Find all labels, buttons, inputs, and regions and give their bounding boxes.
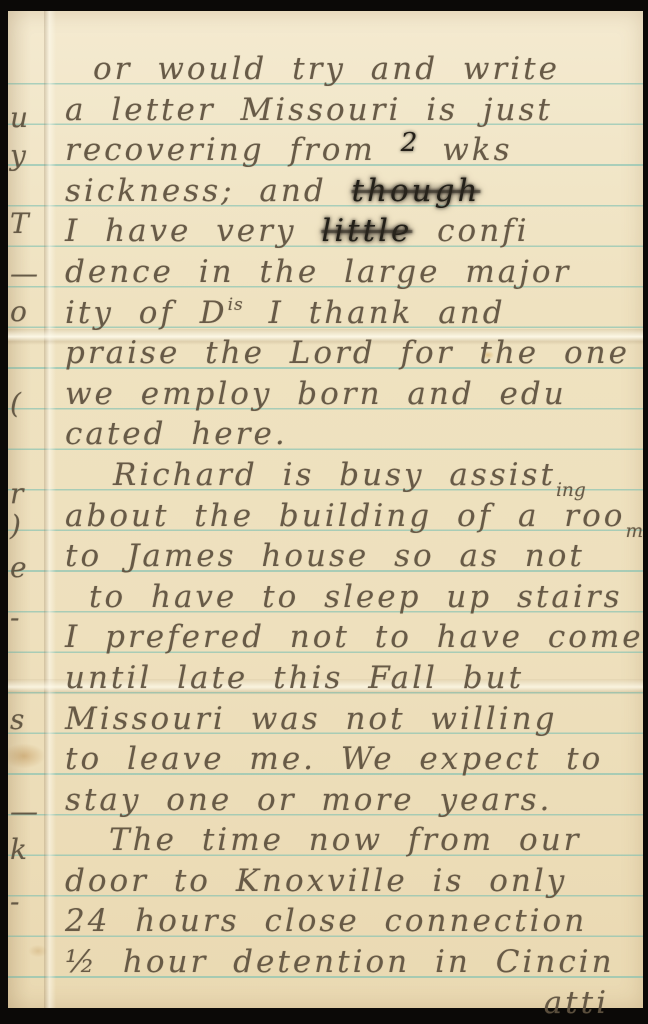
margin-fragment: u <box>10 101 28 134</box>
smudged-word: little <box>321 213 412 249</box>
handwriting-text: I thank and <box>244 295 506 331</box>
handwriting-line: I prefered not to have come <box>65 617 643 658</box>
handwriting-text: recovering from <box>65 132 401 168</box>
handwriting-text: a letter Missouri is just <box>65 92 553 128</box>
margin-fold-strip: u y T — o ( r ) e - s — k - <box>8 11 46 1008</box>
handwriting-text: door to Knoxville is only <box>65 863 567 899</box>
handwriting-text: to James house so as not <box>65 538 585 574</box>
handwriting-line: sickness; and though <box>65 171 643 212</box>
inserted-number: 2 <box>401 128 418 158</box>
handwriting-text: atti <box>544 985 609 1021</box>
handwriting-text: confi <box>412 213 529 249</box>
handwriting-text: cated here. <box>65 416 288 452</box>
handwriting-text: sickness; and <box>65 173 352 209</box>
handwriting-line: we employ born and edu <box>65 374 643 415</box>
handwriting-line: ½ hour detention in Cincin <box>65 942 643 983</box>
superscript-abbreviation: is <box>228 295 244 315</box>
handwriting-text: I have very <box>65 213 321 249</box>
handwriting-line: dence in the large major <box>65 252 643 293</box>
handwriting-text: ½ hour detention in Cincin <box>65 944 615 980</box>
margin-fragment: y <box>10 139 26 172</box>
handwriting-line: 24 hours close connection <box>65 901 643 942</box>
smudged-word: though <box>352 173 481 209</box>
handwriting-line: atti <box>65 983 643 1024</box>
handwriting-text: dence in the large major <box>65 254 571 290</box>
margin-fragment: r <box>10 477 23 510</box>
handwriting-text: I prefered not to have come <box>65 619 644 655</box>
handwriting-text: stay one or more years. <box>65 782 552 818</box>
handwriting-text: to leave me. We expect to <box>65 741 603 777</box>
scan-background: { "document": { "kind": "handwritten-let… <box>0 0 648 1024</box>
letter-page: u y T — o ( r ) e - s — k - or would try… <box>8 11 643 1008</box>
handwriting-text: we employ born and edu <box>65 376 567 412</box>
handwriting-line: cated here. <box>65 414 643 455</box>
dropped-letters: m <box>625 521 643 542</box>
vertical-crease <box>44 11 56 1008</box>
margin-fragment: — <box>10 257 38 290</box>
handwriting-line: to have to sleep up stairs <box>65 577 643 618</box>
letter-body: or would try and write a letter Missouri… <box>65 49 643 1023</box>
handwriting-line: a letter Missouri is just <box>65 90 643 131</box>
handwriting-text: about the building of a roo <box>65 498 625 534</box>
margin-fragment: - <box>10 885 19 918</box>
handwriting-line: door to Knoxville is only <box>65 861 643 902</box>
handwriting-text: to have to sleep up stairs <box>89 579 622 615</box>
handwriting-line: ity of Dis I thank and <box>65 293 643 334</box>
margin-fragment: - <box>10 601 19 634</box>
handwriting-text: praise the Lord for the one <box>65 335 630 371</box>
handwriting-line: until late this Fall but <box>65 658 643 699</box>
handwriting-text: 24 hours close connection <box>65 903 587 939</box>
handwriting-line: recovering from 2 wks <box>65 130 643 171</box>
handwriting-text: ity of D <box>65 295 228 331</box>
margin-fragment: T <box>10 207 29 240</box>
handwriting-line: praise the Lord for the one <box>65 333 643 374</box>
handwriting-text: or would try and write <box>93 51 560 87</box>
dropped-letters: ing <box>556 480 586 501</box>
handwriting-line: Richard is busy assisting <box>65 455 643 496</box>
handwriting-line: about the building of a room <box>65 496 643 537</box>
margin-fragment: ) <box>10 509 21 542</box>
handwriting-text: The time now from our <box>109 822 581 858</box>
margin-fragment: ( <box>10 387 21 420</box>
handwriting-line: I have very little confi <box>65 211 643 252</box>
handwriting-text: wks <box>417 132 512 168</box>
handwriting-line: stay one or more years. <box>65 780 643 821</box>
handwriting-text: Richard is busy assist <box>113 457 556 493</box>
margin-fragment: — <box>10 795 38 828</box>
handwriting-line: Missouri was not willing <box>65 699 643 740</box>
handwriting-line: or would try and write <box>65 49 643 90</box>
handwriting-line: to James house so as not <box>65 536 643 577</box>
handwriting-line: The time now from our <box>65 820 643 861</box>
handwriting-text: until late this Fall but <box>65 660 524 696</box>
margin-fragment: k <box>10 833 27 866</box>
margin-fragment: e <box>10 551 27 584</box>
margin-fragment: o <box>10 295 27 328</box>
handwriting-text: Missouri was not willing <box>65 701 557 737</box>
margin-fragment: s <box>10 703 24 736</box>
handwriting-line: to leave me. We expect to <box>65 739 643 780</box>
